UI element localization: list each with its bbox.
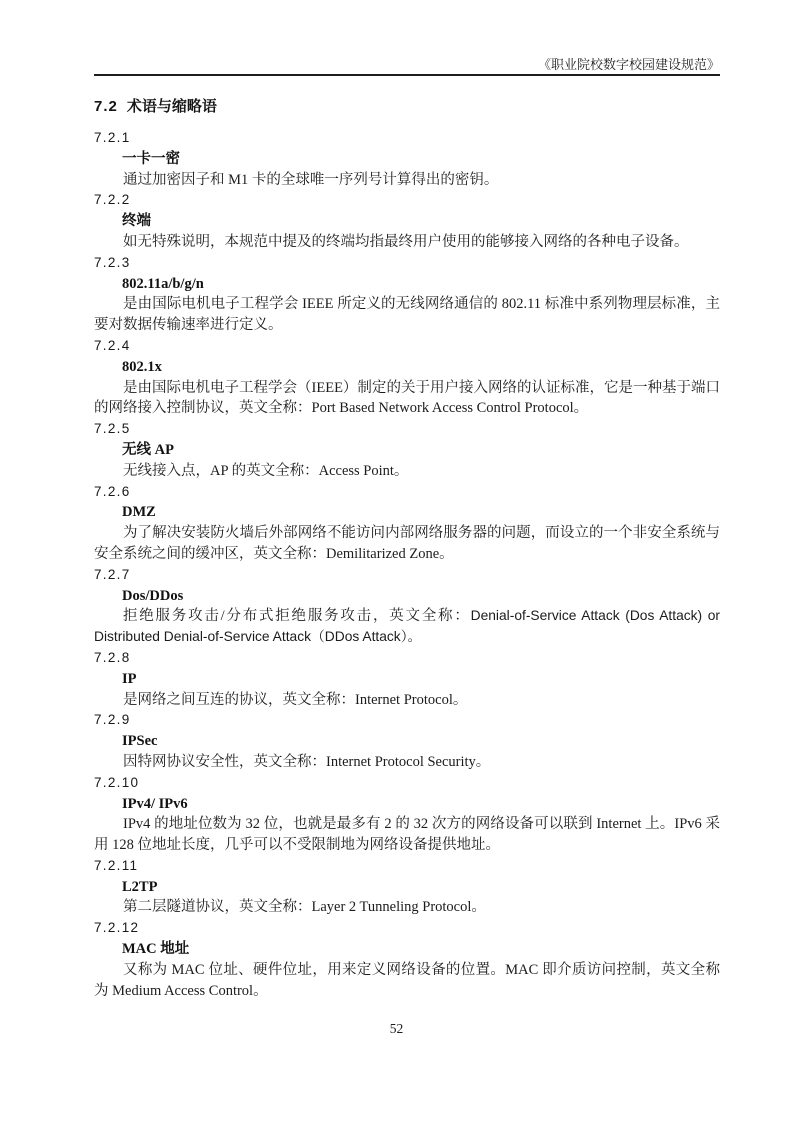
running-header-title: 《职业院校数字校园建设规范》 [538,57,720,72]
definition-segment: 第二层隧道协议，英文全称：Layer 2 Tunneling Protocol。 [123,899,486,915]
entry-definition: 是由国际电机电子工程学会（IEEE）制定的关于用户接入网络的认证标准，它是一种基… [94,378,720,420]
section-heading: 7.2术语与缩略语 [94,97,720,117]
entry-term: IPSec [94,731,720,752]
entry-definition: 拒绝服务攻击/分布式拒绝服务攻击，英文全称：Denial-of-Service … [94,606,720,648]
entry-number: 7.2.6 [94,482,720,503]
entry-term: 一卡一密 [94,149,720,170]
entry-term: DMZ [94,502,720,523]
entry-definition: 又称为 MAC 位址、硬件位址，用来定义网络设备的位置。MAC 即介质访问控制，… [94,960,720,1002]
definition-segment: IPv4 的地址位数为 32 位，也就是最多有 2 的 32 次方的网络设备可以… [94,816,720,853]
entry-term: MAC 地址 [94,939,720,960]
entry-number: 7.2.1 [94,128,720,149]
entry-definition: IPv4 的地址位数为 32 位，也就是最多有 2 的 32 次方的网络设备可以… [94,814,720,856]
entry-number: 7.2.3 [94,253,720,274]
entry-definition: 是由国际电机电子工程学会 IEEE 所定义的无线网络通信的 802.11 标准中… [94,294,720,336]
entry-definition: 为了解决安装防火墙后外部网络不能访问内部网络服务器的问题，而设立的一个非安全系统… [94,523,720,565]
entry-term: Dos/DDos [94,586,720,607]
glossary-entry: 7.2.10 IPv4/ IPv6 IPv4 的地址位数为 32 位，也就是最多… [94,773,720,856]
entry-term: 802.11a/b/g/n [94,274,720,295]
entry-number: 7.2.8 [94,648,720,669]
entry-term: IP [94,669,720,690]
section-title: 术语与缩略语 [127,98,217,115]
glossary-entry: 7.2.2 终端 如无特殊说明，本规范中提及的终端均指最终用户使用的能够接入网络… [94,190,720,252]
glossary-entry: 7.2.3 802.11a/b/g/n 是由国际电机电子工程学会 IEEE 所定… [94,253,720,336]
entry-number: 7.2.7 [94,565,720,586]
entry-number: 7.2.2 [94,190,720,211]
definition-segment: 无线接入点，AP 的英文全称：Access Point。 [123,463,408,479]
definition-segment: 是由国际电机电子工程学会 IEEE 所定义的无线网络通信的 802.11 标准中… [94,296,720,333]
entry-definition: 第二层隧道协议，英文全称：Layer 2 Tunneling Protocol。 [94,897,720,918]
entry-number: 7.2.5 [94,419,720,440]
glossary-entry: 7.2.11 L2TP 第二层隧道协议，英文全称：Layer 2 Tunneli… [94,856,720,918]
entry-term: IPv4/ IPv6 [94,794,720,815]
glossary-entry: 7.2.1 一卡一密 通过加密因子和 M1 卡的全球唯一序列号计算得出的密钥。 [94,128,720,190]
glossary-entry: 7.2.4 802.1x 是由国际电机电子工程学会（IEEE）制定的关于用户接入… [94,336,720,419]
definition-segment: 又称为 MAC 位址、硬件位址，用来定义网络设备的位置。MAC 即介质访问控制，… [94,962,720,999]
definition-segment: 因特网协议安全性，英文全称：Internet Protocol Security… [123,754,490,770]
definition-segment: 为了解决安装防火墙后外部网络不能访问内部网络服务器的问题，而设立的一个非安全系统… [94,525,720,562]
page-number: 52 [390,1021,404,1036]
definition-segment: 是由国际电机电子工程学会（IEEE）制定的关于用户接入网络的认证标准，它是一种基… [94,380,720,417]
entry-number: 7.2.12 [94,918,720,939]
definition-segment: 是网络之间互连的协议，英文全称：Internet Protocol。 [123,692,467,708]
glossary-entry: 7.2.9 IPSec 因特网协议安全性，英文全称：Internet Proto… [94,710,720,772]
document-page: 《职业院校数字校园建设规范》 7.2术语与缩略语 7.2.1 一卡一密 通过加密… [0,0,793,1122]
entries-list: 7.2.1 一卡一密 通过加密因子和 M1 卡的全球唯一序列号计算得出的密钥。 … [94,128,720,1001]
glossary-entry: 7.2.5 无线 AP 无线接入点，AP 的英文全称：Access Point。 [94,419,720,481]
entry-definition: 通过加密因子和 M1 卡的全球唯一序列号计算得出的密钥。 [94,170,720,191]
definition-segment: 拒绝服务攻击/分布式拒绝服务攻击，英文全称： [123,608,471,624]
definition-segment: 如无特殊说明，本规范中提及的终端均指最终用户使用的能够接入网络的各种电子设备。 [123,234,689,250]
entry-number: 7.2.9 [94,710,720,731]
definition-segment: 通过加密因子和 M1 卡的全球唯一序列号计算得出的密钥。 [123,172,498,188]
glossary-entry: 7.2.8 IP 是网络之间互连的协议，英文全称：Internet Protoc… [94,648,720,710]
entry-term: 无线 AP [94,440,720,461]
entry-number: 7.2.4 [94,336,720,357]
entry-definition: 因特网协议安全性，英文全称：Internet Protocol Security… [94,752,720,773]
glossary-entry: 7.2.12 MAC 地址 又称为 MAC 位址、硬件位址，用来定义网络设备的位… [94,918,720,1001]
entry-term: 终端 [94,211,720,232]
glossary-entry: 7.2.6 DMZ 为了解决安装防火墙后外部网络不能访问内部网络服务器的问题，而… [94,482,720,565]
entry-term: L2TP [94,877,720,898]
running-header: 《职业院校数字校园建设规范》 [94,57,720,76]
entry-term: 802.1x [94,357,720,378]
entry-definition: 无线接入点，AP 的英文全称：Access Point。 [94,461,720,482]
section-number: 7.2 [94,98,118,115]
glossary-entry: 7.2.7 Dos/DDos 拒绝服务攻击/分布式拒绝服务攻击，英文全称：Den… [94,565,720,648]
entry-number: 7.2.10 [94,773,720,794]
entry-definition: 是网络之间互连的协议，英文全称：Internet Protocol。 [94,690,720,711]
page-footer: 52 [0,1021,793,1037]
entry-number: 7.2.11 [94,856,720,877]
entry-definition: 如无特殊说明，本规范中提及的终端均指最终用户使用的能够接入网络的各种电子设备。 [94,232,720,253]
